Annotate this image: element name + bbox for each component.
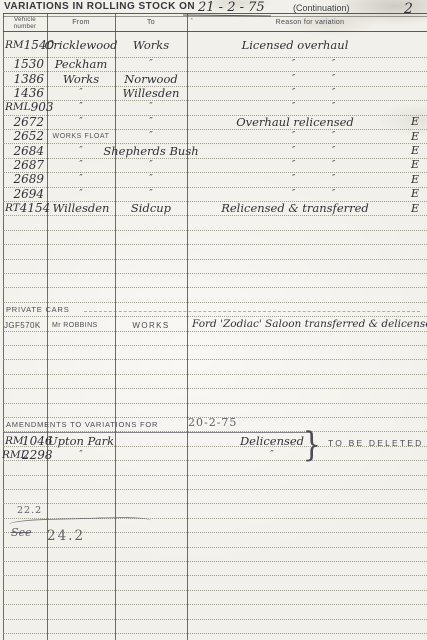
vehicle-number-cell: RML903 bbox=[3, 100, 45, 114]
to-cell-text: ″ bbox=[149, 102, 152, 112]
table-row: 1530Peckham″″″ bbox=[0, 57, 427, 71]
from-cell: ″ bbox=[47, 115, 115, 129]
vehicle-registration: JGF570K bbox=[4, 321, 41, 330]
reason-ditto: ″ bbox=[292, 158, 295, 172]
from-cell-text: ″ bbox=[79, 160, 82, 170]
from-cell-text: ″ bbox=[79, 189, 82, 199]
dotted-row-line bbox=[3, 633, 427, 634]
dotted-row-line bbox=[3, 359, 427, 360]
to-cell: ″ bbox=[115, 57, 187, 71]
reason-ditto: ″ bbox=[292, 100, 295, 114]
dotted-row-line bbox=[3, 331, 427, 332]
table-row: RT4154WillesdenSidcupRelicensed & transf… bbox=[0, 201, 427, 215]
table-row: 2684″Shepherds Bush″″E bbox=[0, 143, 427, 157]
to-cell: ″ bbox=[115, 100, 187, 114]
from-cell: Cricklewood bbox=[47, 33, 115, 57]
reason-cell: Relicensed & transferred bbox=[187, 201, 403, 215]
reason-ditto: ″ bbox=[332, 129, 335, 143]
table-row: 2689″″″″E bbox=[0, 172, 427, 186]
grouping-brace: } bbox=[303, 425, 321, 465]
reason-ditto-mark: ″ bbox=[292, 102, 295, 112]
dotted-row-line bbox=[3, 345, 427, 346]
to-cell-text: ″ bbox=[149, 160, 152, 170]
reason-cell: ″″ bbox=[187, 57, 403, 71]
vehicle-number-cell: 1530 bbox=[3, 57, 45, 71]
from-cell-text: ″ bbox=[79, 146, 82, 156]
dotted-row-line bbox=[3, 575, 427, 576]
reason-ditto: ″ bbox=[332, 86, 335, 100]
amendment-from: Upton Park bbox=[47, 434, 115, 448]
reason-ditto-mark: ″ bbox=[332, 59, 335, 69]
to-cell: Sidcup bbox=[115, 201, 187, 215]
from-cell: ″ bbox=[47, 100, 115, 114]
vehicle-number-cell: 2694 bbox=[3, 187, 45, 201]
table-row: 2652WORKS FLOAT″″″E bbox=[0, 129, 427, 143]
from-cell: ″ bbox=[47, 172, 115, 186]
private-car-reason: Ford 'Zodiac' Saloon transferred & delic… bbox=[192, 318, 427, 330]
table-row: 1386WorksNorwood″″ bbox=[0, 71, 427, 85]
vehicle-number-cell: 2652 bbox=[3, 129, 45, 143]
reason-ditto: ″ bbox=[332, 172, 335, 186]
reason-ditto-mark: ″ bbox=[332, 146, 335, 156]
from-cell-text: ″ bbox=[79, 88, 82, 98]
reason-ditto: ″ bbox=[292, 71, 295, 85]
amendment-vehicle-prefix: RM bbox=[5, 435, 24, 447]
dotted-row-line bbox=[3, 619, 427, 620]
table-row: RM1540CricklewoodWorksLicensed overhaul bbox=[0, 33, 427, 57]
vehicle-number-cell: 2687 bbox=[3, 158, 45, 172]
from-cell-text: Peckham bbox=[55, 57, 108, 71]
reason-ditto-mark: ″ bbox=[292, 131, 295, 141]
to-cell: Norwood bbox=[115, 71, 187, 85]
from-cell-text: Willesden bbox=[53, 201, 110, 215]
private-car-owner: Mr ROBBINS bbox=[52, 322, 98, 329]
to-cell-text: ″ bbox=[149, 189, 152, 199]
from-cell: Peckham bbox=[47, 57, 115, 71]
licence-letter: E bbox=[411, 187, 419, 200]
table-top-border bbox=[3, 13, 427, 14]
licence-mark-cell: E bbox=[404, 187, 426, 201]
to-cell-text: Norwood bbox=[124, 72, 178, 86]
pencil-note-2: 24.2 bbox=[47, 528, 85, 544]
vehicle-number: 4154 bbox=[20, 201, 51, 215]
licence-mark-cell: E bbox=[404, 201, 426, 215]
vehicle-number-cell: RM1540 bbox=[3, 33, 45, 57]
to-cell: ″ bbox=[115, 172, 187, 186]
dotted-row-line bbox=[3, 590, 427, 591]
licence-letter: E bbox=[411, 144, 419, 157]
table-row: 2687″″″″E bbox=[0, 158, 427, 172]
vehicle-number: 2672 bbox=[13, 115, 44, 129]
amendments-date: 20-2-75 bbox=[188, 416, 237, 429]
amendment-reason-ditto: ″ bbox=[232, 450, 312, 460]
from-cell: ″ bbox=[47, 86, 115, 100]
dotted-row-line bbox=[3, 503, 427, 504]
reason-cell: ″″ bbox=[187, 143, 403, 157]
scanned-page: VARIATIONS IN ROLLING STOCK ON 21 - 2 - … bbox=[0, 0, 427, 640]
amendments-underline bbox=[3, 432, 311, 433]
licence-letter: E bbox=[411, 158, 419, 171]
licence-letter: E bbox=[411, 202, 419, 215]
reason-cell: ″″ bbox=[187, 129, 403, 143]
vehicle-number-cell: RT4154 bbox=[3, 201, 45, 215]
dotted-row-line bbox=[3, 244, 427, 245]
column-header-from: From bbox=[47, 19, 115, 26]
pencil-dash-line bbox=[84, 311, 420, 312]
licence-mark-cell: E bbox=[404, 129, 426, 143]
dotted-row-line bbox=[3, 489, 427, 490]
vehicle-number: 2689 bbox=[13, 172, 44, 186]
dotted-row-line bbox=[3, 561, 427, 562]
column-header-to: To bbox=[115, 19, 187, 26]
from-cell-text: Cricklewood bbox=[45, 38, 118, 52]
vehicle-prefix: RT bbox=[5, 202, 20, 214]
from-cell: WORKS FLOAT bbox=[47, 129, 115, 143]
reason-text: Licensed overhaul bbox=[242, 38, 349, 52]
private-cars-label: PRIVATE CARS bbox=[6, 305, 70, 314]
to-cell: ″ bbox=[115, 158, 187, 172]
from-cell-text: ″ bbox=[79, 174, 82, 184]
vehicle-number-cell: 2689 bbox=[3, 172, 45, 186]
dotted-row-line bbox=[3, 302, 427, 303]
reason-ditto-mark: ″ bbox=[292, 74, 295, 84]
from-cell: Works bbox=[47, 71, 115, 85]
table-row: RML903″″″″ bbox=[0, 100, 427, 114]
dotted-row-line bbox=[3, 388, 427, 389]
to-be-deleted-note: TO BE DELETED bbox=[328, 438, 424, 448]
to-cell-text: Shepherds Bush bbox=[103, 144, 198, 158]
to-cell-text: Sidcup bbox=[131, 201, 171, 215]
reason-ditto-mark: ″ bbox=[292, 146, 295, 156]
reason-cell: ″″ bbox=[187, 100, 403, 114]
licence-mark-cell: E bbox=[404, 143, 426, 157]
vehicle-number-cell: 1386 bbox=[3, 71, 45, 85]
reason-ditto: ″ bbox=[292, 172, 295, 186]
dotted-row-line bbox=[3, 475, 427, 476]
reason-ditto-mark: ″ bbox=[332, 74, 335, 84]
reason-ditto-mark: ″ bbox=[292, 189, 295, 199]
continuation-label: (Continuation) bbox=[293, 3, 350, 13]
reason-ditto-mark: ″ bbox=[332, 189, 335, 199]
from-cell: ″ bbox=[47, 187, 115, 201]
dotted-row-line bbox=[3, 604, 427, 605]
table-row: 1436″Willesden″″ bbox=[0, 86, 427, 100]
amendment-from-ditto: ″ bbox=[47, 450, 115, 460]
page-title: VARIATIONS IN ROLLING STOCK ON bbox=[4, 1, 195, 12]
vehicle-number-cell: 2684 bbox=[3, 143, 45, 157]
vehicle-number-cell: 2672 bbox=[3, 115, 45, 129]
reason-ditto-mark: ″ bbox=[332, 160, 335, 170]
to-cell-text: ″ bbox=[149, 174, 152, 184]
from-cell-text: Works bbox=[63, 72, 99, 86]
pencil-note-struck: See bbox=[11, 526, 32, 539]
reason-ditto: ″ bbox=[292, 187, 295, 201]
from-cell: Willesden bbox=[47, 201, 115, 215]
dotted-row-line bbox=[3, 403, 427, 404]
to-cell: ″ bbox=[115, 187, 187, 201]
to-cell: ″ bbox=[115, 129, 187, 143]
vehicle-prefix: RM bbox=[5, 39, 24, 51]
to-cell-text: Works bbox=[133, 38, 169, 52]
from-cell-text: ″ bbox=[79, 117, 82, 127]
reason-cell: Licensed overhaul bbox=[187, 33, 403, 57]
vehicle-number: 2652 bbox=[13, 129, 44, 143]
reason-ditto-mark: ″ bbox=[332, 131, 335, 141]
reason-ditto-mark: ″ bbox=[292, 174, 295, 184]
column-header-vehicle: Vehicle number bbox=[4, 16, 46, 30]
reason-ditto: ″ bbox=[292, 143, 295, 157]
reason-ditto: ″ bbox=[292, 129, 295, 143]
reason-ditto: ″ bbox=[332, 71, 335, 85]
vehicle-number: 2694 bbox=[13, 187, 44, 201]
dotted-row-line bbox=[3, 287, 427, 288]
reason-ditto: ″ bbox=[332, 143, 335, 157]
to-cell: Shepherds Bush bbox=[115, 143, 187, 157]
dotted-row-line bbox=[3, 460, 427, 461]
reason-text: Overhaul relicensed bbox=[236, 115, 354, 129]
vehicle-number: 1530 bbox=[13, 57, 44, 71]
from-cell-text: ″ bbox=[79, 102, 82, 112]
licence-mark-cell: E bbox=[404, 115, 426, 129]
reason-ditto: ″ bbox=[332, 57, 335, 71]
to-cell: Works bbox=[115, 33, 187, 57]
column-header-reason: Reason for variation bbox=[200, 19, 420, 26]
dotted-row-line bbox=[3, 230, 427, 231]
vehicle-number-cell: 1436 bbox=[3, 86, 45, 100]
amendment-reason: Delicensed bbox=[232, 434, 312, 448]
to-cell-text: Willesden bbox=[123, 86, 180, 100]
licence-letter: E bbox=[411, 130, 419, 143]
reason-ditto-mark: ″ bbox=[332, 88, 335, 98]
reason-cell: ″″ bbox=[187, 187, 403, 201]
amendments-label: AMENDMENTS TO VARIATIONS FOR bbox=[6, 420, 158, 429]
to-cell: Willesden bbox=[115, 86, 187, 100]
table-row: 2672″″Overhaul relicensedE bbox=[0, 115, 427, 129]
reason-text: Relicensed & transferred bbox=[221, 201, 369, 215]
reason-ditto-mark: ″ bbox=[292, 59, 295, 69]
private-car-to: WORKS bbox=[115, 321, 187, 330]
vehicle-number: 1386 bbox=[13, 72, 44, 86]
from-cell: ″ bbox=[47, 158, 115, 172]
vehicle-prefix: RML bbox=[5, 101, 31, 113]
dotted-row-line bbox=[3, 374, 427, 375]
reason-cell: ″″ bbox=[187, 172, 403, 186]
reason-ditto: ″ bbox=[292, 57, 295, 71]
column-header-mark: * bbox=[188, 18, 196, 24]
reason-ditto: ″ bbox=[332, 158, 335, 172]
reason-ditto-mark: ″ bbox=[332, 102, 335, 112]
table-top-border-2 bbox=[3, 16, 427, 17]
licence-letter: E bbox=[411, 173, 419, 186]
reason-cell: ″″ bbox=[187, 86, 403, 100]
reason-ditto-mark: ″ bbox=[332, 174, 335, 184]
reason-ditto-mark: ″ bbox=[292, 88, 295, 98]
reason-cell: Overhaul relicensed bbox=[187, 115, 403, 129]
reason-ditto: ″ bbox=[332, 100, 335, 114]
table-row: 2694″″″″E bbox=[0, 187, 427, 201]
reason-ditto: ″ bbox=[292, 86, 295, 100]
to-cell-text: ″ bbox=[149, 59, 152, 69]
vehicle-number: 1436 bbox=[13, 86, 44, 100]
dotted-row-line bbox=[3, 547, 427, 548]
page-number: 2 bbox=[404, 1, 413, 17]
licence-mark-cell: E bbox=[404, 158, 426, 172]
reason-cell: ″″ bbox=[187, 71, 403, 85]
from-cell-text: WORKS FLOAT bbox=[52, 133, 109, 140]
pencil-note-1: 22.2 bbox=[17, 505, 42, 516]
licence-mark-cell: E bbox=[404, 172, 426, 186]
to-cell-text: ″ bbox=[149, 117, 152, 127]
dotted-row-line bbox=[3, 259, 427, 260]
dotted-row-line bbox=[3, 215, 427, 216]
vehicle-number: 2684 bbox=[13, 144, 44, 158]
dotted-row-line bbox=[3, 273, 427, 274]
to-cell-text: ″ bbox=[149, 131, 152, 141]
reason-ditto: ″ bbox=[332, 187, 335, 201]
reason-ditto-mark: ″ bbox=[292, 160, 295, 170]
licence-letter: E bbox=[411, 115, 419, 128]
header-bottom-border bbox=[3, 31, 427, 32]
to-cell: ″ bbox=[115, 115, 187, 129]
vehicle-number: 2687 bbox=[13, 158, 44, 172]
reason-cell: ″″ bbox=[187, 158, 403, 172]
